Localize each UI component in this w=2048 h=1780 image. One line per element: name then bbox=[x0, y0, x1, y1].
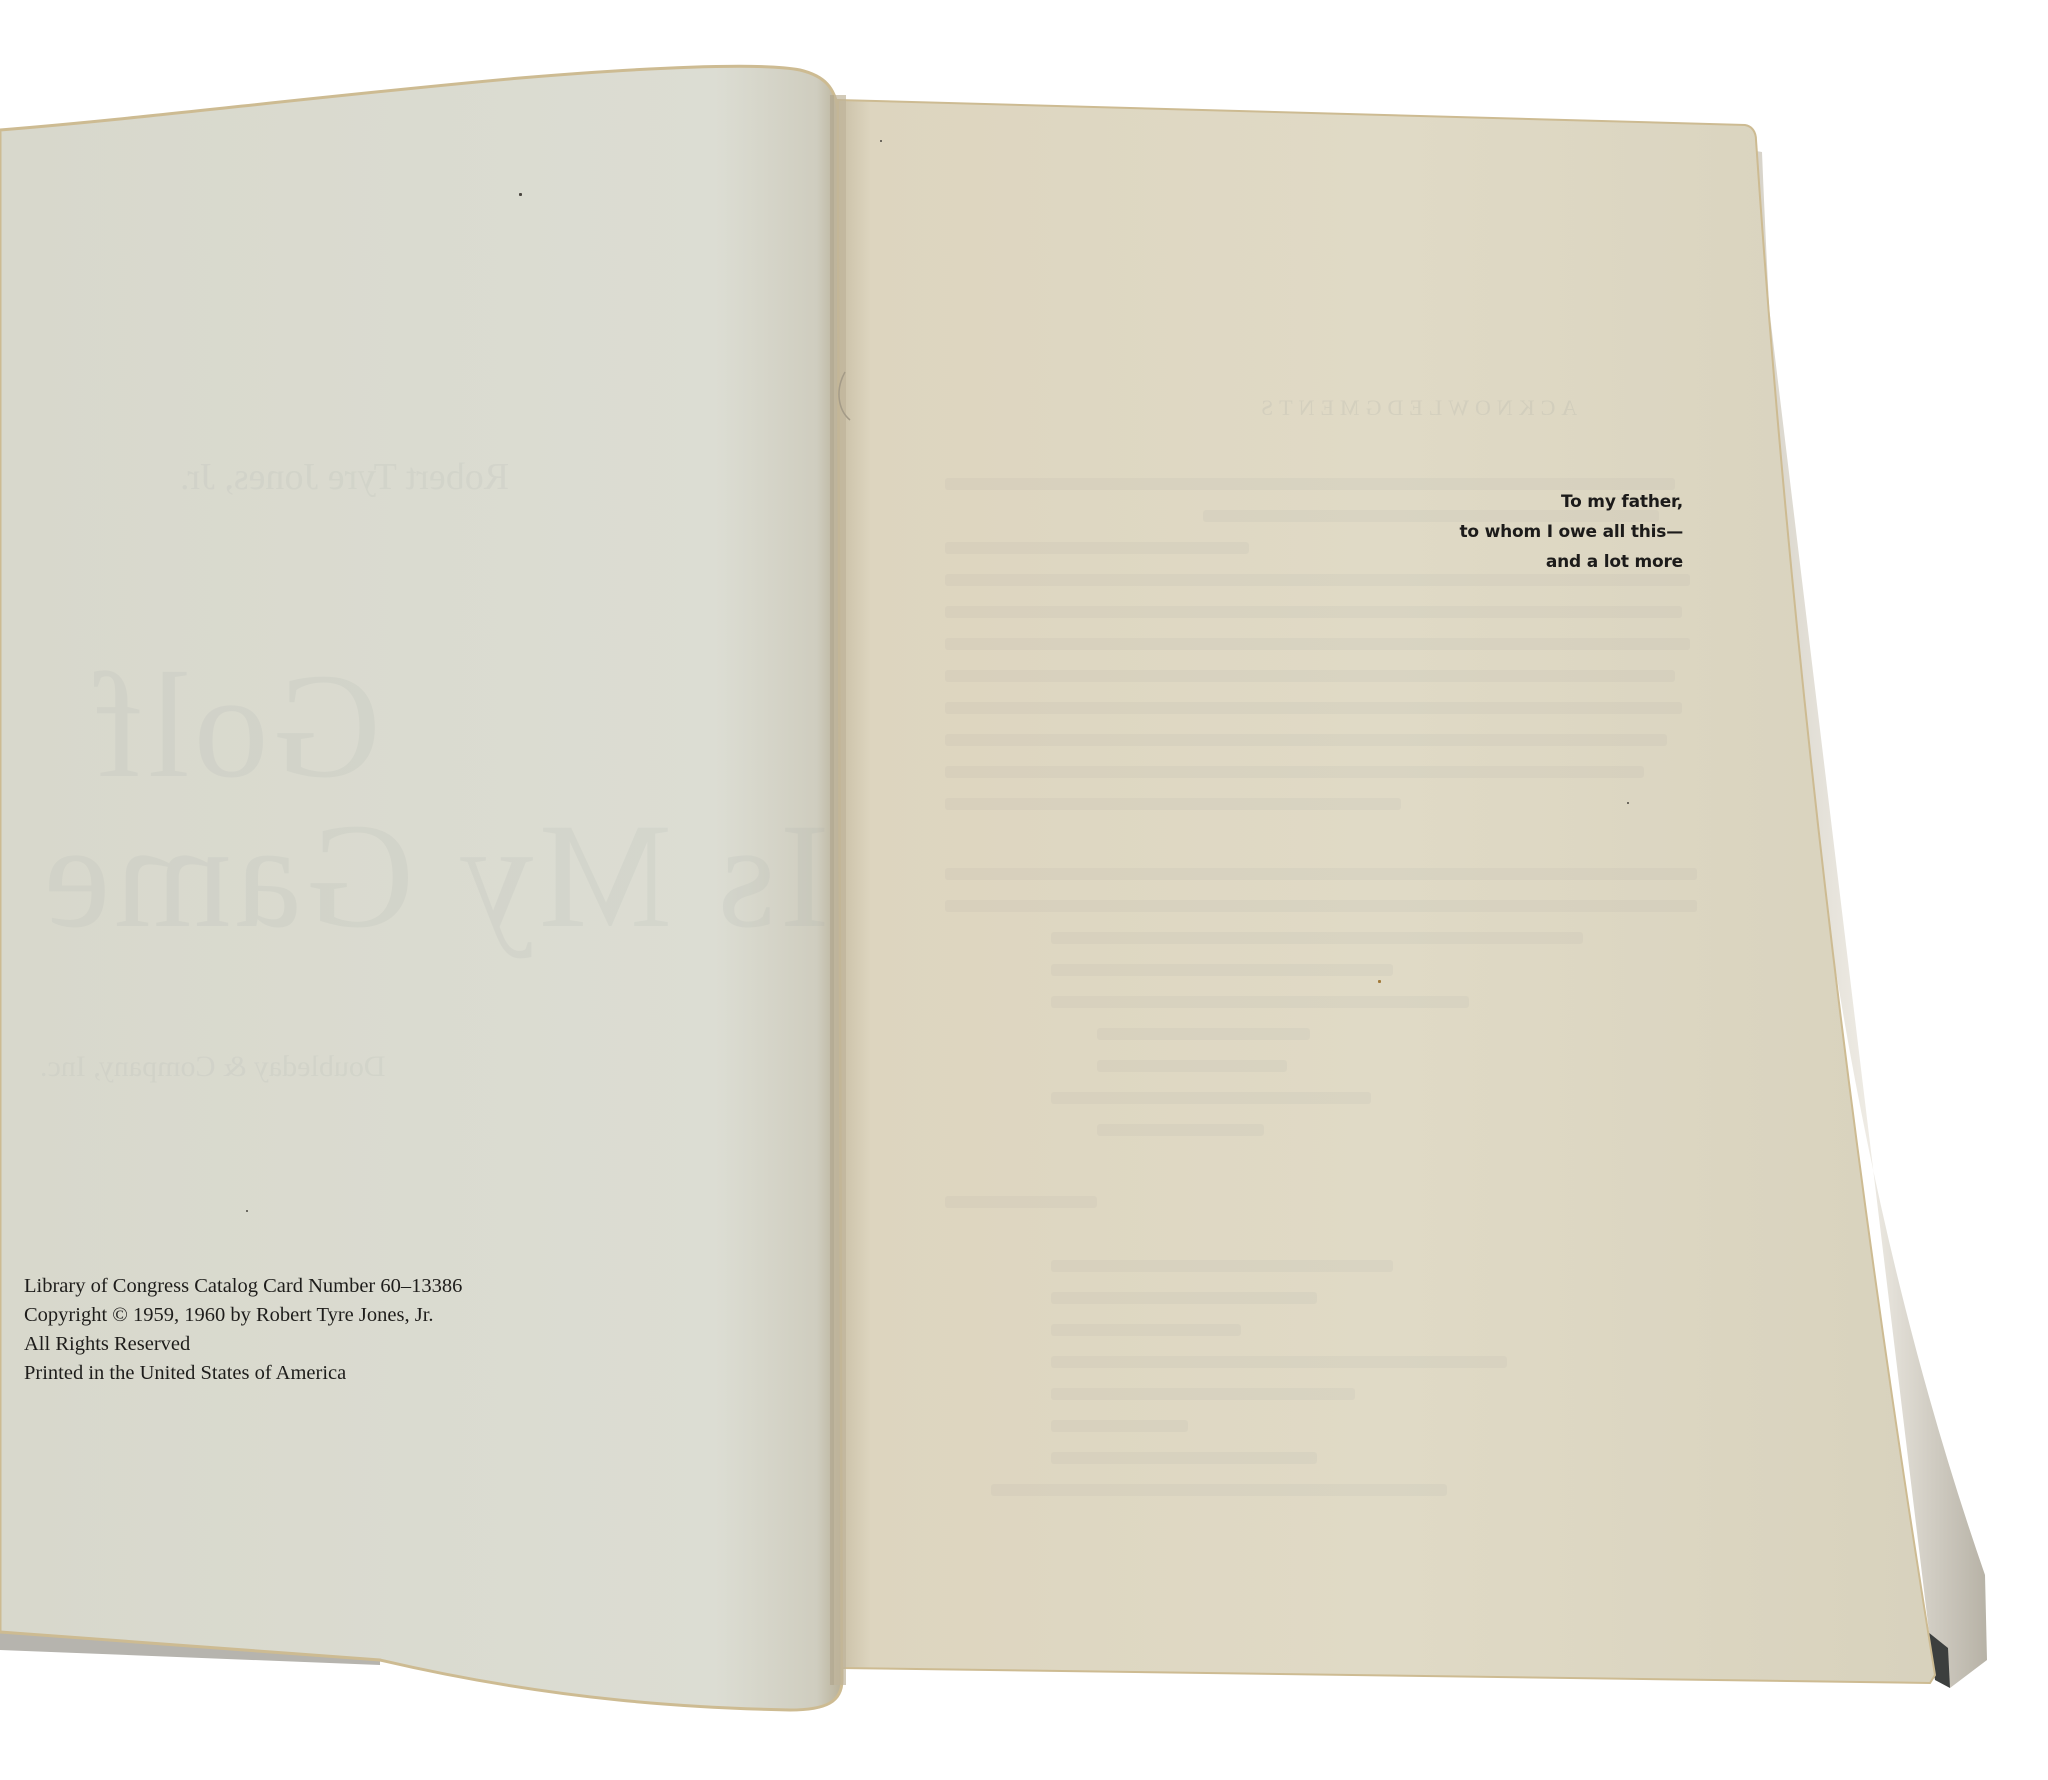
copyright-block: Library of Congress Catalog Card Number … bbox=[24, 1272, 462, 1388]
paper-speck bbox=[1378, 980, 1381, 983]
copyright-notice: Copyright © 1959, 1960 by Robert Tyre Jo… bbox=[24, 1301, 462, 1330]
paper-speck bbox=[880, 140, 882, 142]
dedication-line-2: to whom I owe all this— bbox=[1459, 517, 1683, 547]
left-page bbox=[0, 66, 842, 1710]
printed-in: Printed in the United States of America bbox=[24, 1359, 462, 1388]
paper-speck bbox=[246, 1210, 248, 1212]
paper-speck bbox=[519, 193, 522, 196]
dedication-line-3: and a lot more bbox=[1459, 547, 1683, 577]
catalog-card-number: Library of Congress Catalog Card Number … bbox=[24, 1272, 462, 1301]
show-through-text-block bbox=[945, 478, 1705, 1516]
show-through-heading: ACKNOWLEDGMENTS bbox=[1255, 395, 1577, 421]
gutter-shadow bbox=[834, 95, 846, 1685]
dedication: To my father, to whom I owe all this— an… bbox=[1459, 487, 1683, 577]
book-photo: Robert Tyre Jones, Jr. Golf Is My Game D… bbox=[0, 0, 2048, 1780]
paper-speck bbox=[1627, 802, 1629, 804]
rights-reserved: All Rights Reserved bbox=[24, 1330, 462, 1359]
dedication-line-1: To my father, bbox=[1459, 487, 1683, 517]
